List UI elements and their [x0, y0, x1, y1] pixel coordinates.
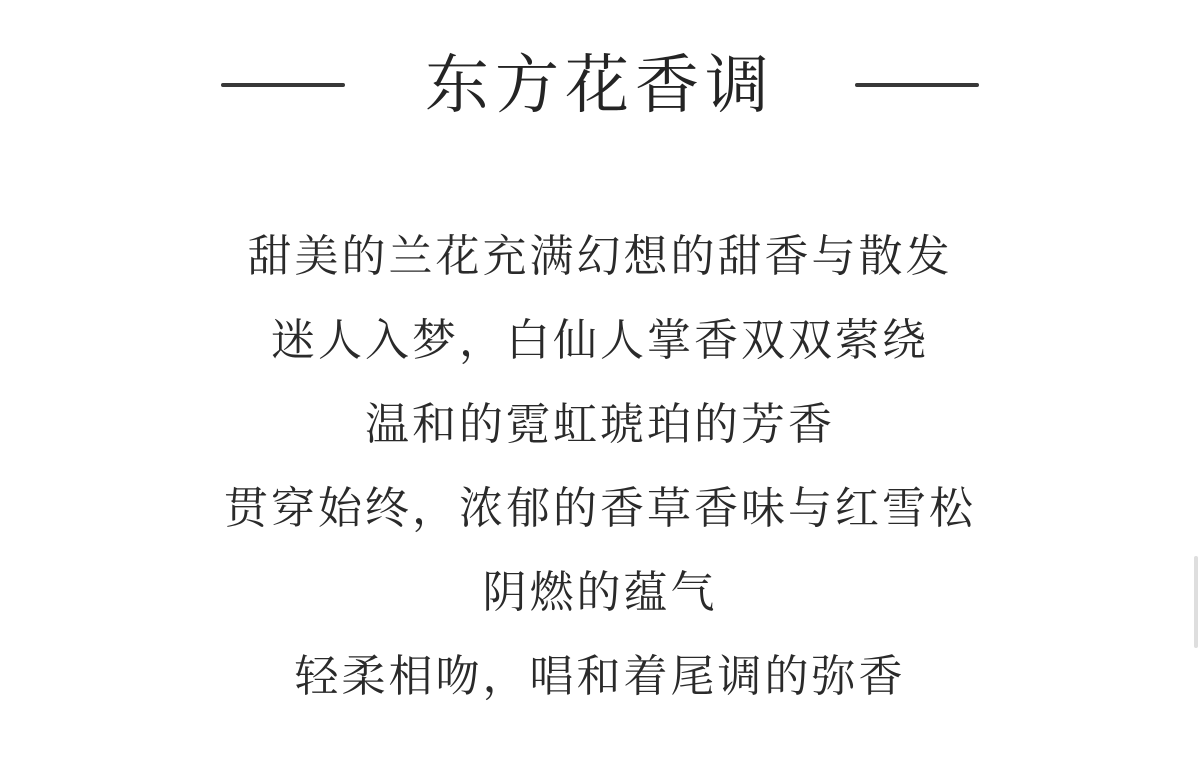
description-line: 阴燃的蕴气: [0, 551, 1200, 635]
scrollbar-thumb[interactable]: [1194, 556, 1198, 648]
description-text-block: 甜美的兰花充满幻想的甜香与散发 迷人入梦，白仙人掌香双双萦绕 温和的霓虹琥珀的芳…: [0, 215, 1200, 719]
description-line: 轻柔相吻，唱和着尾调的弥香: [0, 635, 1200, 719]
page-title: 东方花香调: [425, 53, 775, 117]
description-line: 贯穿始终，浓郁的香草香味与红雪松: [0, 467, 1200, 551]
fragrance-description-panel: 东方花香调 甜美的兰花充满幻想的甜香与散发 迷人入梦，白仙人掌香双双萦绕 温和的…: [0, 0, 1200, 758]
title-divider-left: [221, 83, 345, 87]
title-row: 东方花香调: [0, 42, 1200, 128]
title-divider-right: [855, 83, 979, 87]
description-line: 温和的霓虹琥珀的芳香: [0, 383, 1200, 467]
description-line: 甜美的兰花充满幻想的甜香与散发: [0, 215, 1200, 299]
description-line: 迷人入梦，白仙人掌香双双萦绕: [0, 299, 1200, 383]
